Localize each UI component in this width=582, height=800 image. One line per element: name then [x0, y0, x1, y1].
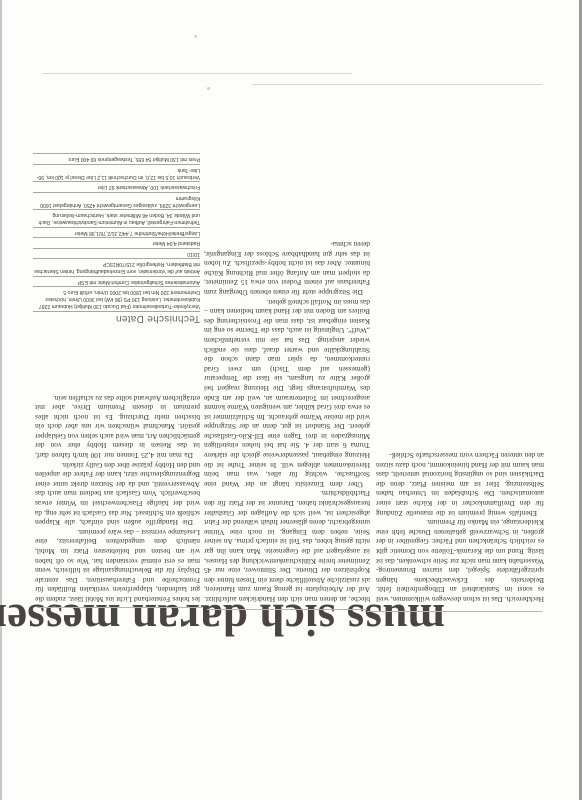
technical-data-item: Preis mit 130 Multijet 54 655, Testwagen… — [33, 154, 200, 166]
paragraph: Die Handgriffe außen sind einfach, alle … — [35, 460, 200, 527]
scan-edge-right — [0, 0, 2, 800]
technical-data-item: Vierzylinder-Turbodieselmotor (Fiat Duca… — [33, 288, 200, 313]
technical-data-item: Antrieb auf die Vorderräder, vorn Einzel… — [33, 260, 200, 278]
scan-speck — [194, 35, 197, 38]
paragraph: les hohes Fensterband Licht ins Mobil lä… — [35, 527, 200, 604]
scan-artifact-line — [42, 73, 352, 74]
technical-data-item: Leergewicht 3299, zulässiges Gesamtgewic… — [33, 193, 200, 211]
technical-data-item: Tiefrahmen-Fahrgestell, Aufbau in Alumin… — [33, 211, 200, 229]
article-column-3: les hohes Fensterband Licht ins Mobil lä… — [35, 324, 200, 604]
technical-data-box: Technische Daten Vierzylinder-Turbodiese… — [33, 154, 200, 323]
article-column-1: Heckbereich. Das ist schon deswegen will… — [376, 451, 544, 605]
paragraph: bleche, an denen man sich den Handrücken… — [204, 489, 370, 604]
technical-data-item: Frischwassertank 100, Abwassertank 92 Li… — [33, 183, 200, 194]
article-column-2: bleche, an denen man sich den Handrücken… — [204, 239, 370, 604]
scan-artifact-line — [252, 84, 542, 85]
paragraph: Die Sitzgruppe steht für einen ebenen Üb… — [204, 239, 370, 297]
paragraph: Ebenfalls wenig premium ist die manuelle… — [376, 451, 544, 518]
headline-rule — [207, 609, 367, 610]
paragraph: Heckbereich. Das ist schon deswegen will… — [376, 518, 544, 604]
technical-data-item: Radstand 4,04 Meter — [33, 239, 200, 250]
paragraph: Über dem Einzelsitz hängt an der Wand ei… — [204, 297, 370, 489]
paragraph: Da man mit 4,25 Tonnen nur 100 km/h fahr… — [35, 393, 200, 460]
headline-rule — [37, 607, 202, 608]
technical-data-title: Technische Daten — [33, 315, 200, 322]
technical-data-item: Länge/Breite/Höhe/Stehhöhe 7,44/2,31/2,7… — [33, 228, 200, 239]
technical-data-item: 10/10 — [33, 249, 200, 260]
scanned-page: muss sich daran messen lassen Heckbereic… — [0, 0, 582, 800]
technical-data-item: Automatisiertes Schaltgetriebe Comfort-M… — [33, 277, 200, 288]
headline-rule — [367, 611, 542, 612]
technical-data-item: Verbrauch 10,5 bis 12,0, im Durchschnitt… — [33, 165, 200, 183]
scan-speck — [207, 87, 210, 90]
